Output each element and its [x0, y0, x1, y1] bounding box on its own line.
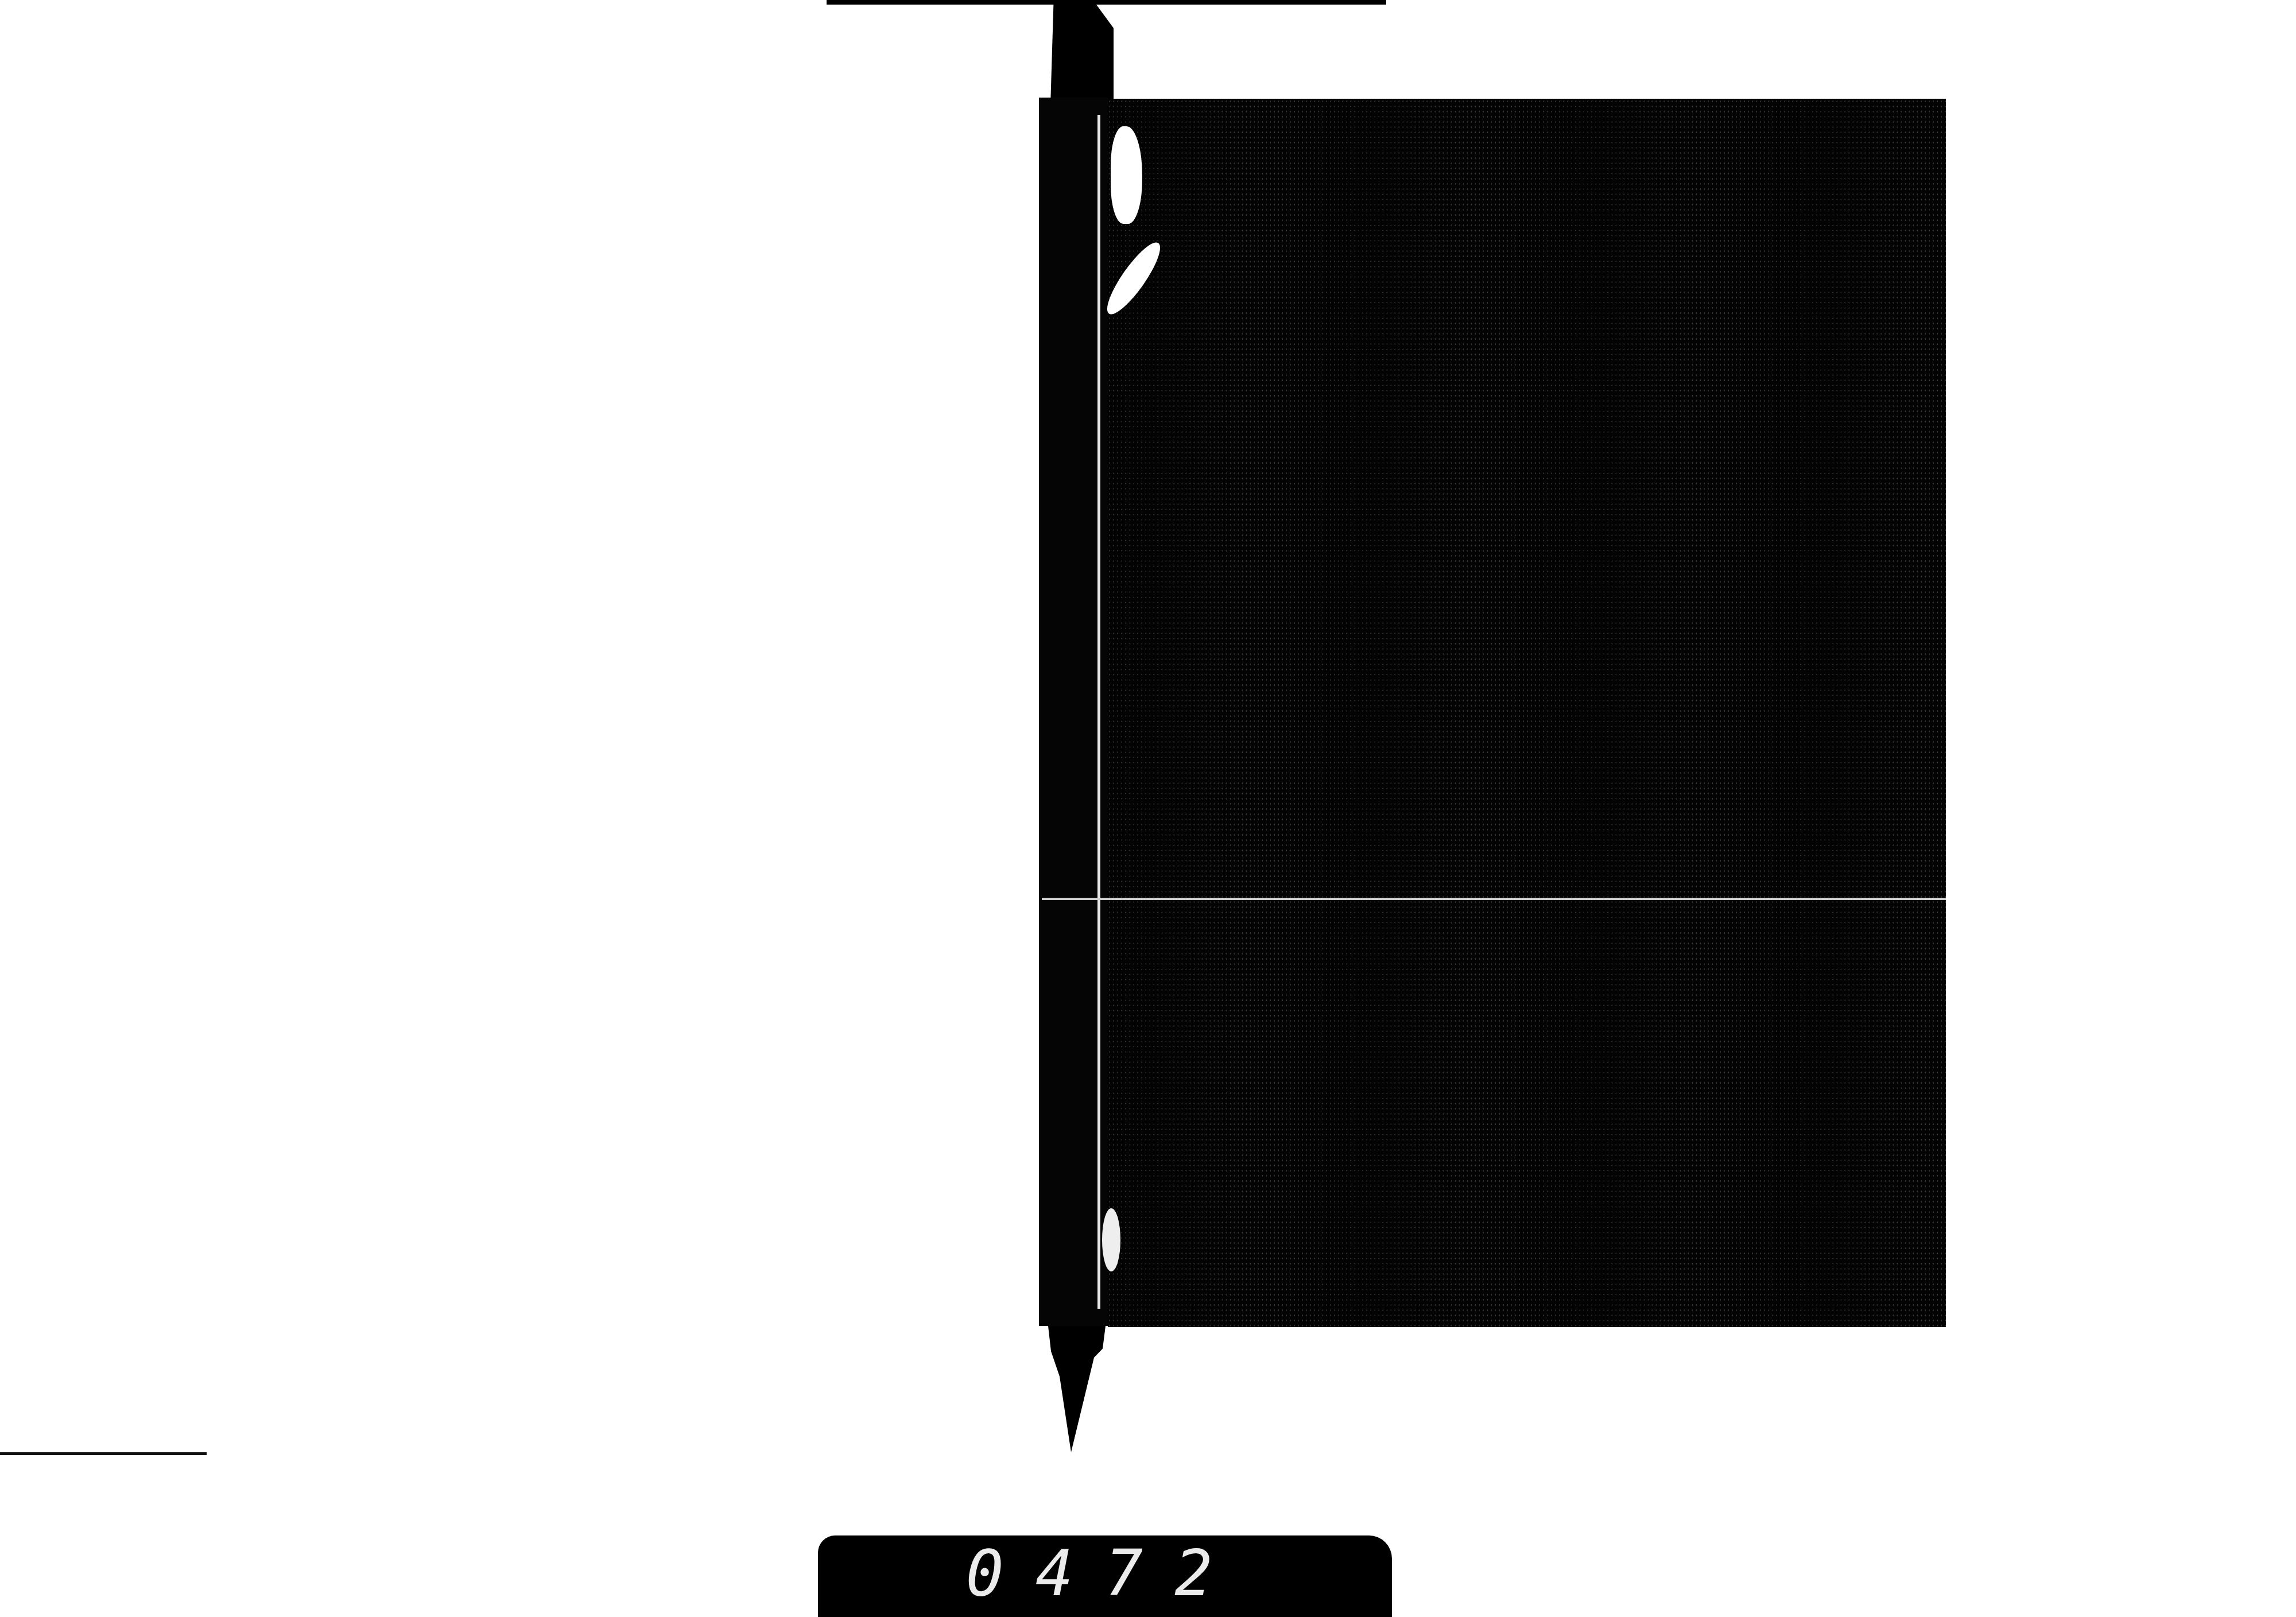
cover-damage-mark [1111, 126, 1142, 224]
spine-edge-line [1097, 115, 1100, 1309]
frame-number: 0472 [966, 1537, 1244, 1610]
cover-horizontal-rule [1042, 898, 1946, 900]
book-cover [1108, 99, 1946, 1327]
frame-counter: 0472 [818, 1535, 1392, 1617]
film-top-bar [827, 0, 1386, 5]
cover-damage-mark [1102, 1208, 1120, 1271]
scan-baseline [0, 1452, 207, 1455]
binding-rod-bottom [1048, 1326, 1106, 1452]
binding-rod-top [1050, 2, 1114, 106]
